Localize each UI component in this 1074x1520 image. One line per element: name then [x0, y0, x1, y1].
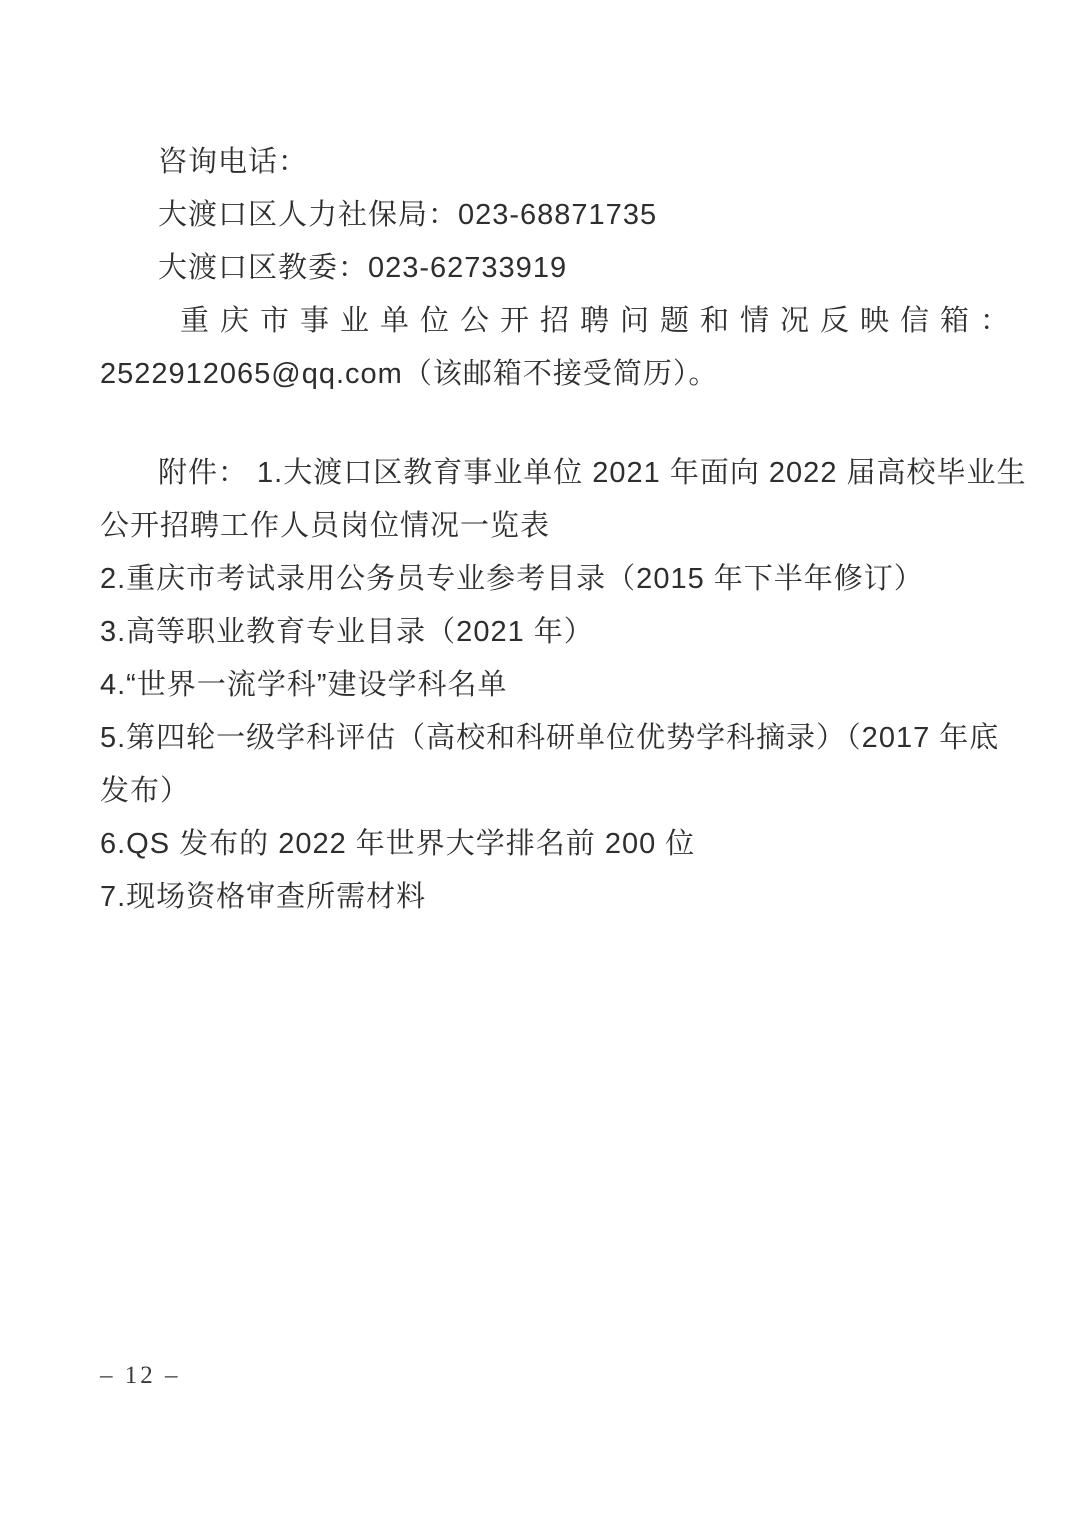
- mailbox-address-line: 重庆市事业单位公开招聘问题和情况反映信箱：: [100, 295, 1010, 348]
- document-body: 咨询电话： 大渡口区人力社保局：023-68871735 大渡口区教委：023-…: [100, 136, 1010, 924]
- contact-info-section: 咨询电话： 大渡口区人力社保局：023-68871735 大渡口区教委：023-…: [100, 136, 1010, 401]
- attachments-section: 附件： 1.大渡口区教育事业单位 2021 年面向 2022 届高校毕业生 公开…: [100, 447, 1010, 924]
- attachments-line-5: 5.第四轮一级学科评估（高校和科研单位优势学科摘录）（2017 年底: [100, 712, 1010, 765]
- attachments-line-1: 公开招聘工作人员岗位情况一览表: [100, 500, 1010, 553]
- document-page: 咨询电话： 大渡口区人力社保局：023-68871735 大渡口区教委：023-…: [0, 0, 1074, 1520]
- page-number: – 12 –: [100, 1362, 181, 1390]
- attachments-line-6: 发布）: [100, 765, 1010, 818]
- attachments-line-0: 附件： 1.大渡口区教育事业单位 2021 年面向 2022 届高校毕业生: [100, 447, 1010, 500]
- attachments-line-8: 7.现场资格审查所需材料: [100, 871, 1010, 924]
- attachments-line-4: 4.“世界一流学科”建设学科名单: [100, 659, 1010, 712]
- attachments-line-2: 2.重庆市考试录用公务员专业参考目录（2015 年下半年修订）: [100, 553, 1010, 606]
- contact-phone-heading: 咨询电话：: [100, 136, 1010, 189]
- contact-edu-committee-line: 大渡口区教委：023-62733919: [100, 242, 1010, 295]
- attachments-line-7: 6.QS 发布的 2022 年世界大学排名前 200 位: [100, 818, 1010, 871]
- contact-hr-bureau-line: 大渡口区人力社保局：023-68871735: [100, 189, 1010, 242]
- attachments-line-3: 3.高等职业教育专业目录（2021 年）: [100, 606, 1010, 659]
- mailbox-email-line: 2522912065@qq.com（该邮箱不接受简历）。: [100, 348, 1010, 401]
